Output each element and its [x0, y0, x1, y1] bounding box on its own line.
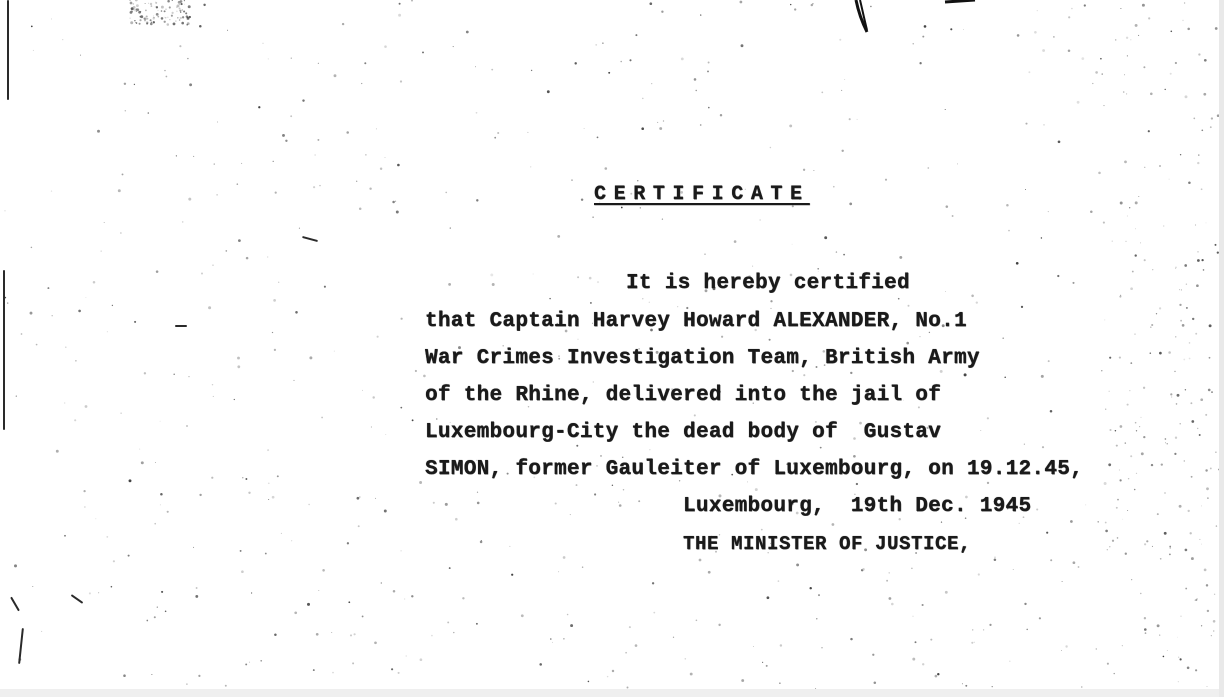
scanned-page: CERTIFICATE It is hereby certified that … — [0, 0, 1219, 689]
document-viewer: CERTIFICATE It is hereby certified that … — [0, 0, 1224, 697]
signatory-line: THE MINISTER OF JUSTICE, — [683, 532, 971, 556]
text-line: that Captain Harvey Howard ALEXANDER, No… — [425, 310, 967, 334]
stray-mark — [175, 325, 187, 327]
left-margin-mark — [7, 0, 9, 100]
text-line: SIMON, former Gauleiter of Luxembourg, o… — [425, 458, 1083, 482]
place-date-line: Luxembourg, 19th Dec. 1945 — [683, 495, 1031, 519]
left-margin-mark — [3, 270, 5, 430]
certificate-title: CERTIFICATE — [594, 183, 810, 207]
text-line: War Crimes Investigation Team, British A… — [425, 347, 980, 371]
handwritten-mark — [850, 0, 980, 40]
scan-noise — [0, 0, 1219, 689]
text-line: of the Rhine, delivered into the jail of — [425, 384, 941, 408]
text-line: It is hereby certified — [626, 272, 910, 296]
scrollbar[interactable] — [1219, 0, 1224, 697]
text-line: Luxembourg-City the dead body of Gustav — [425, 421, 941, 445]
